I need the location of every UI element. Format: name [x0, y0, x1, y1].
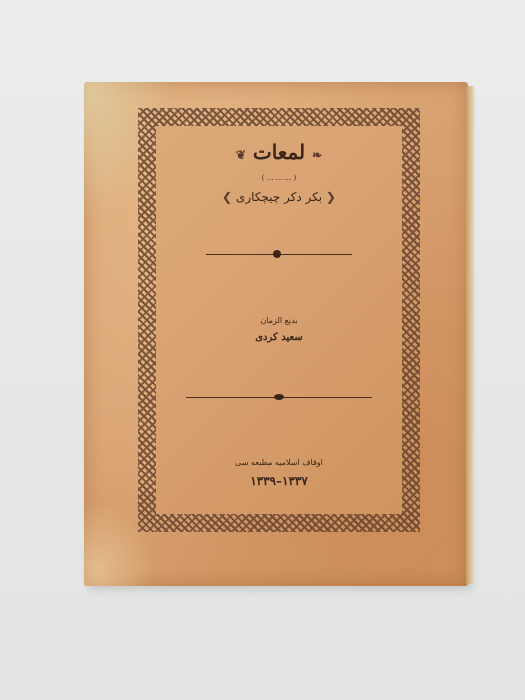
flourish-right-icon: ❧: [312, 148, 322, 162]
flourish-left-icon: ❦: [236, 148, 246, 162]
publisher-label: بديع الزمان: [156, 316, 402, 325]
printer-name: اوقاف اسلاميه مطبعه سى: [156, 458, 402, 467]
author-text: بكر دكر چيچكارى: [236, 190, 322, 204]
ornamental-divider-2: [156, 394, 402, 400]
publication-years: ١٣٣٧–١٣٣٩: [156, 474, 402, 488]
divider-center-icon: [273, 250, 281, 258]
page-edges: [466, 86, 474, 584]
author-flourish-left-icon: ❮: [222, 190, 232, 204]
author-flourish-right-icon: ❯: [326, 190, 336, 204]
book-cover: ❦ لمعات ❧ ( ... ... ... ) ❮ بكر دكر چيچك…: [84, 82, 468, 586]
cover-title: ❦ لمعات ❧: [156, 140, 402, 164]
author-line: ❮ بكر دكر چيچكارى ❯: [156, 190, 402, 204]
cover-content: ❦ لمعات ❧ ( ... ... ... ) ❮ بكر دكر چيچك…: [156, 126, 402, 514]
publisher-name: سعيد كردى: [156, 332, 402, 343]
ornamental-divider: [206, 250, 352, 258]
title-text: لمعات: [253, 140, 305, 164]
cover-subtitle: ( ... ... ... ): [156, 174, 402, 182]
divider-center-icon-2: [274, 394, 284, 400]
